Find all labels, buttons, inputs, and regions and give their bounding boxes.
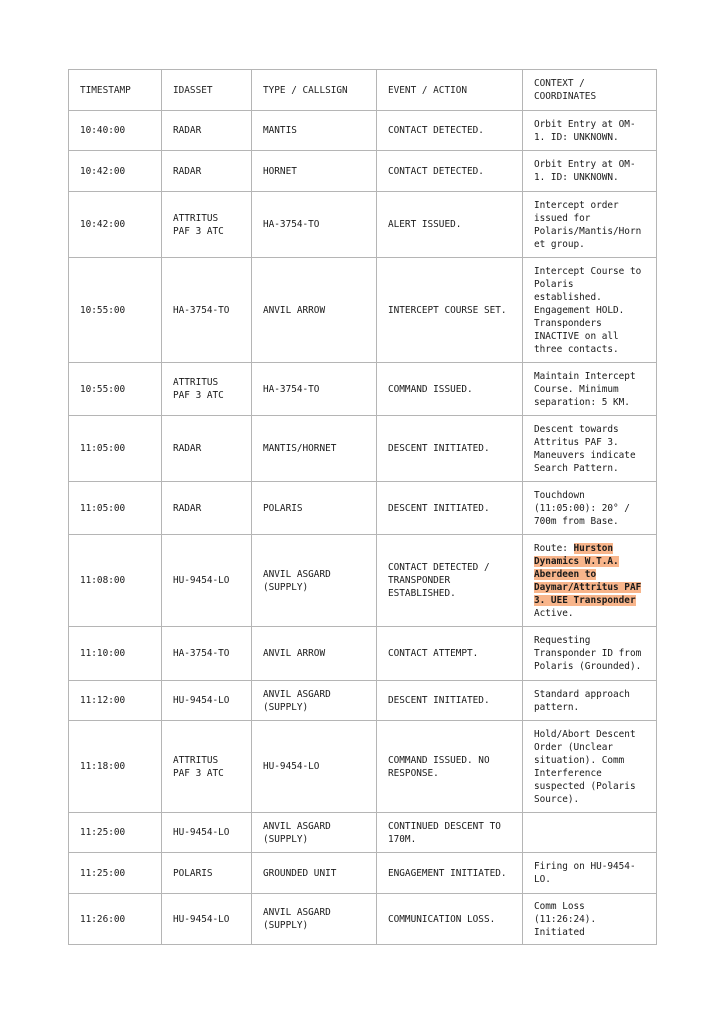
callsign-cell: HA-3754-TO	[252, 192, 377, 258]
event-cell: DESCENT INITIATED.	[377, 482, 523, 535]
idasset-cell: HU-9454-LO	[162, 681, 252, 721]
table-row: 10:40:00RADARMANTISCONTACT DETECTED.Orbi…	[69, 111, 657, 151]
idasset-cell: RADAR	[162, 416, 252, 482]
table-row: 11:08:00HU-9454-LOANVIL ASGARD (SUPPLY)C…	[69, 535, 657, 627]
header-context: CONTEXT / COORDINATES	[523, 70, 657, 111]
context-cell: Hold/Abort Descent Order (Unclear situat…	[523, 721, 657, 813]
idasset-cell: HU-9454-LO	[162, 535, 252, 627]
context-prefix: Route:	[534, 543, 574, 554]
timestamp-cell: 11:25:00	[69, 853, 162, 894]
idasset-cell: RADAR	[162, 482, 252, 535]
idasset-cell: HA-3754-TO	[162, 258, 252, 363]
table-row: 11:26:00HU-9454-LOANVIL ASGARD (SUPPLY)C…	[69, 894, 657, 945]
callsign-cell: MANTIS/HORNET	[252, 416, 377, 482]
header-event: EVENT / ACTION	[377, 70, 523, 111]
context-cell	[523, 813, 657, 853]
table-row: 11:05:00RADARMANTIS/HORNETDESCENT INITIA…	[69, 416, 657, 482]
callsign-cell: HA-3754-TO	[252, 363, 377, 416]
timestamp-cell: 10:55:00	[69, 258, 162, 363]
idasset-cell: HU-9454-LO	[162, 813, 252, 853]
timestamp-cell: 10:42:00	[69, 192, 162, 258]
context-cell: Intercept order issued for Polaris/Manti…	[523, 192, 657, 258]
table-row: 10:42:00RADARHORNETCONTACT DETECTED.Orbi…	[69, 151, 657, 192]
timestamp-cell: 11:05:00	[69, 482, 162, 535]
callsign-cell: ANVIL ASGARD (SUPPLY)	[252, 681, 377, 721]
callsign-cell: GROUNDED UNIT	[252, 853, 377, 894]
idasset-cell: ATTRITUS PAF 3 ATC	[162, 363, 252, 416]
context-cell: Route: Hurston Dynamics W.T.A. Aberdeen …	[523, 535, 657, 627]
event-cell: DESCENT INITIATED.	[377, 416, 523, 482]
context-cell: Orbit Entry at OM-1. ID: UNKNOWN.	[523, 111, 657, 151]
context-cell: Firing on HU-9454-LO.	[523, 853, 657, 894]
timestamp-cell: 10:55:00	[69, 363, 162, 416]
context-cell: Orbit Entry at OM-1. ID: UNKNOWN.	[523, 151, 657, 192]
event-log-table: TIMESTAMP IDASSET TYPE / CALLSIGN EVENT …	[68, 69, 657, 945]
idasset-cell: ATTRITUS PAF 3 ATC	[162, 192, 252, 258]
table-row: 10:55:00ATTRITUS PAF 3 ATCHA-3754-TOCOMM…	[69, 363, 657, 416]
event-cell: INTERCEPT COURSE SET.	[377, 258, 523, 363]
timestamp-cell: 11:18:00	[69, 721, 162, 813]
context-cell: Comm Loss (11:26:24). Initiated	[523, 894, 657, 945]
context-suffix: Active.	[534, 608, 574, 619]
event-cell: ALERT ISSUED.	[377, 192, 523, 258]
table-row: 10:55:00HA-3754-TOANVIL ARROWINTERCEPT C…	[69, 258, 657, 363]
timestamp-cell: 10:40:00	[69, 111, 162, 151]
header-callsign: TYPE / CALLSIGN	[252, 70, 377, 111]
callsign-cell: ANVIL ARROW	[252, 258, 377, 363]
context-cell: Touchdown (11:05:00): 20° / 700m from Ba…	[523, 482, 657, 535]
table-row: 11:25:00POLARISGROUNDED UNITENGAGEMENT I…	[69, 853, 657, 894]
callsign-cell: ANVIL ASGARD (SUPPLY)	[252, 894, 377, 945]
context-cell: Intercept Course to Polaris established.…	[523, 258, 657, 363]
idasset-cell: HA-3754-TO	[162, 627, 252, 681]
header-row: TIMESTAMP IDASSET TYPE / CALLSIGN EVENT …	[69, 70, 657, 111]
timestamp-cell: 11:10:00	[69, 627, 162, 681]
table-row: 11:05:00RADARPOLARISDESCENT INITIATED.To…	[69, 482, 657, 535]
table-row: 10:42:00ATTRITUS PAF 3 ATCHA-3754-TOALER…	[69, 192, 657, 258]
callsign-cell: ANVIL ARROW	[252, 627, 377, 681]
idasset-cell: HU-9454-LO	[162, 894, 252, 945]
event-cell: CONTACT ATTEMPT.	[377, 627, 523, 681]
idasset-cell: RADAR	[162, 151, 252, 192]
event-cell: DESCENT INITIATED.	[377, 681, 523, 721]
header-idasset: IDASSET	[162, 70, 252, 111]
event-cell: CONTACT DETECTED.	[377, 151, 523, 192]
idasset-cell: ATTRITUS PAF 3 ATC	[162, 721, 252, 813]
context-cell: Standard approach pattern.	[523, 681, 657, 721]
context-cell: Maintain Intercept Course. Minimum separ…	[523, 363, 657, 416]
idasset-cell: RADAR	[162, 111, 252, 151]
context-cell: Descent towards Attritus PAF 3. Maneuver…	[523, 416, 657, 482]
table-row: 11:18:00ATTRITUS PAF 3 ATCHU-9454-LOCOMM…	[69, 721, 657, 813]
idasset-cell: POLARIS	[162, 853, 252, 894]
timestamp-cell: 11:26:00	[69, 894, 162, 945]
callsign-cell: MANTIS	[252, 111, 377, 151]
callsign-cell: HU-9454-LO	[252, 721, 377, 813]
event-cell: CONTACT DETECTED / TRANSPONDER ESTABLISH…	[377, 535, 523, 627]
event-cell: ENGAGEMENT INITIATED.	[377, 853, 523, 894]
table-row: 11:10:00HA-3754-TOANVIL ARROWCONTACT ATT…	[69, 627, 657, 681]
event-cell: COMMUNICATION LOSS.	[377, 894, 523, 945]
event-cell: CONTINUED DESCENT TO 170M.	[377, 813, 523, 853]
timestamp-cell: 11:08:00	[69, 535, 162, 627]
event-cell: COMMAND ISSUED.	[377, 363, 523, 416]
callsign-cell: HORNET	[252, 151, 377, 192]
context-cell: Requesting Transponder ID from Polaris (…	[523, 627, 657, 681]
timestamp-cell: 11:25:00	[69, 813, 162, 853]
table-row: 11:25:00HU-9454-LOANVIL ASGARD (SUPPLY)C…	[69, 813, 657, 853]
event-cell: COMMAND ISSUED. NO RESPONSE.	[377, 721, 523, 813]
table-row: 11:12:00HU-9454-LOANVIL ASGARD (SUPPLY)D…	[69, 681, 657, 721]
timestamp-cell: 11:05:00	[69, 416, 162, 482]
timestamp-cell: 10:42:00	[69, 151, 162, 192]
timestamp-cell: 11:12:00	[69, 681, 162, 721]
callsign-cell: ANVIL ASGARD (SUPPLY)	[252, 813, 377, 853]
callsign-cell: ANVIL ASGARD (SUPPLY)	[252, 535, 377, 627]
event-cell: CONTACT DETECTED.	[377, 111, 523, 151]
header-timestamp: TIMESTAMP	[69, 70, 162, 111]
callsign-cell: POLARIS	[252, 482, 377, 535]
